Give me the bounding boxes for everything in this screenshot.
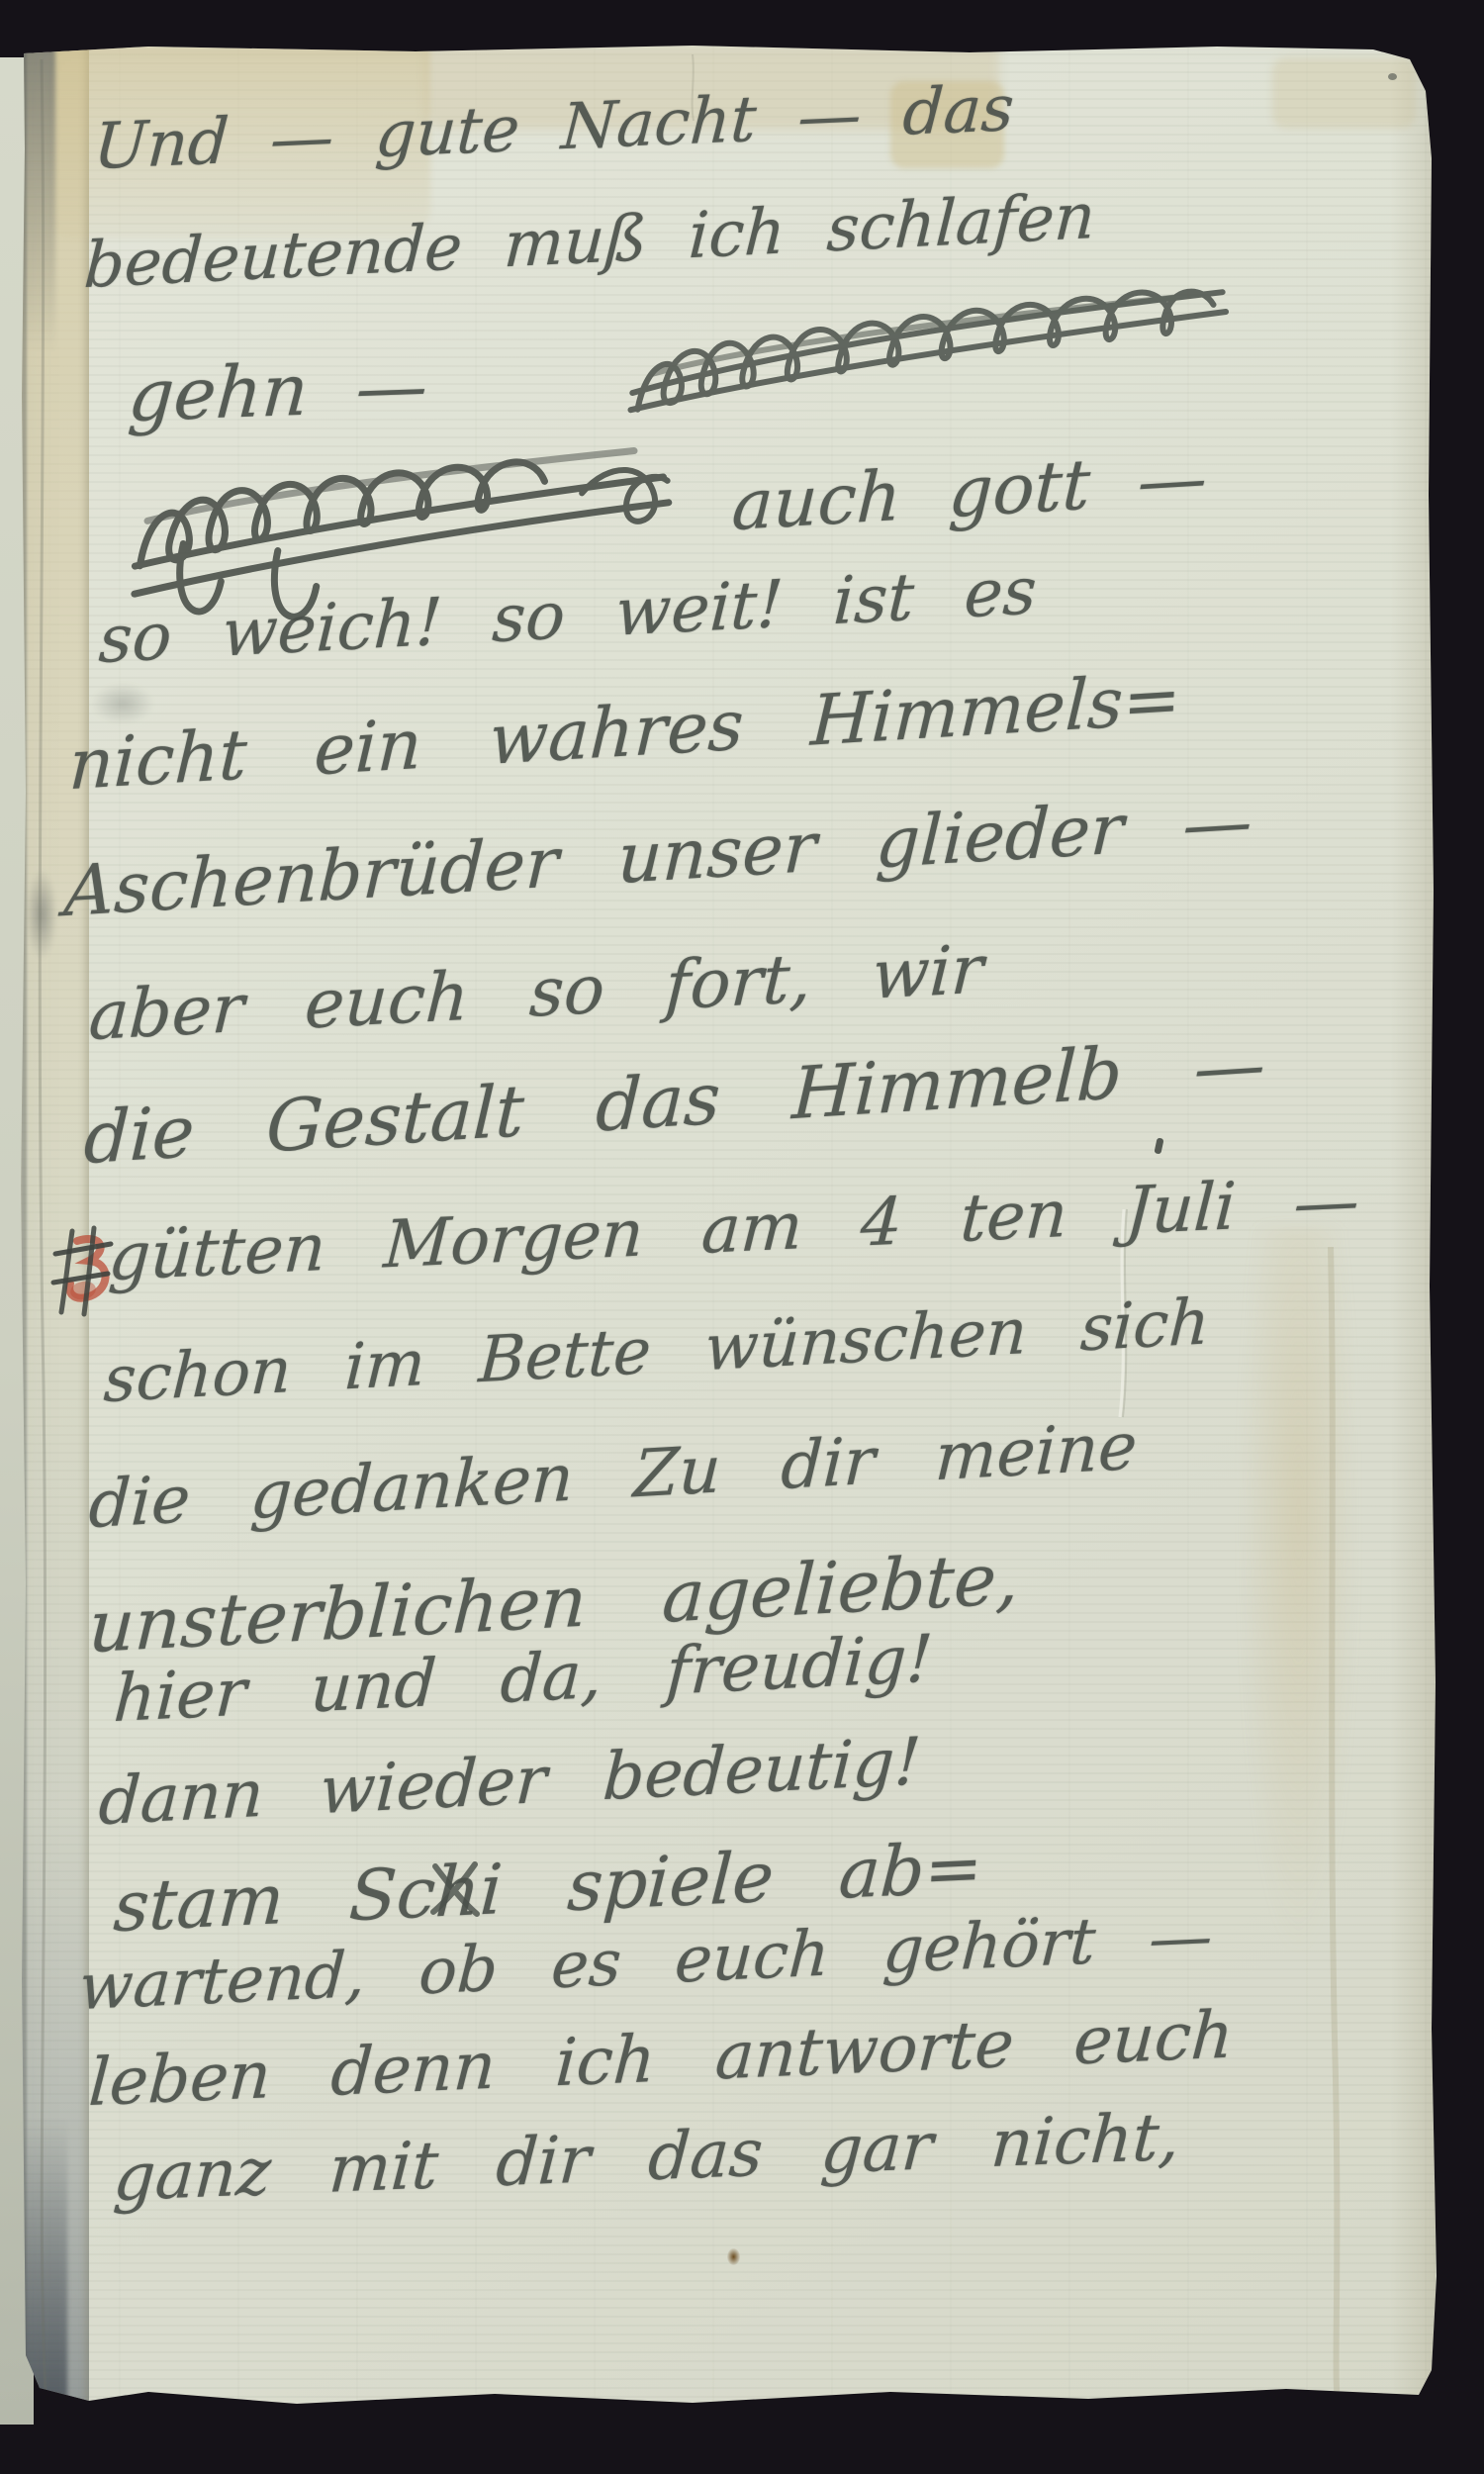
brown-fleck-stain <box>727 2248 740 2265</box>
handwritten-line: Aschenbrüder unser glieder — <box>62 780 1253 932</box>
handwritten-line: so weich! so weit! ist es <box>97 552 1039 678</box>
manuscript-page: Und — gute Nacht — das bedeutende muß ic… <box>0 0 1484 2474</box>
pencil-smudge <box>26 869 57 960</box>
handwritten-line: dann wieder bedeutig! <box>97 1723 923 1840</box>
right-edge-shadow <box>1390 46 1436 2403</box>
handwritten-line: die gedanken Zu dir meine <box>87 1408 1139 1544</box>
crossed-out-scribble <box>619 274 1241 455</box>
handwritten-line: aber euch so fort, wir <box>87 930 985 1056</box>
handwritten-line: ganz mit dir das gar nicht, <box>111 2098 1181 2216</box>
handwritten-line: nicht ein wahres Himmels= <box>67 658 1182 806</box>
handwritten-line: gehn — <box>126 343 430 437</box>
pencil-smudge <box>91 683 154 724</box>
handwritten-line: gütten Morgen am 4 ten Juli — <box>107 1162 1361 1295</box>
handwritten-line: Und — gute Nacht — das <box>92 72 1016 184</box>
pencil-speck <box>1388 73 1397 80</box>
spine-shadow-top <box>20 46 55 352</box>
left-tape-strip <box>20 46 89 2405</box>
scanned-letter-page: Und — gute Nacht — das bedeutende muß ic… <box>0 0 1484 2474</box>
handwritten-line: bedeutende muß ich schlafen <box>82 180 1097 303</box>
pencil-speck <box>1154 1137 1163 1154</box>
fold-discoloration <box>1242 1227 1355 1950</box>
handwritten-line: schon im Bette wünschen sich <box>102 1285 1211 1417</box>
tape-residue-stain <box>1272 57 1416 129</box>
handwritten-line: auch gott — <box>730 436 1209 546</box>
